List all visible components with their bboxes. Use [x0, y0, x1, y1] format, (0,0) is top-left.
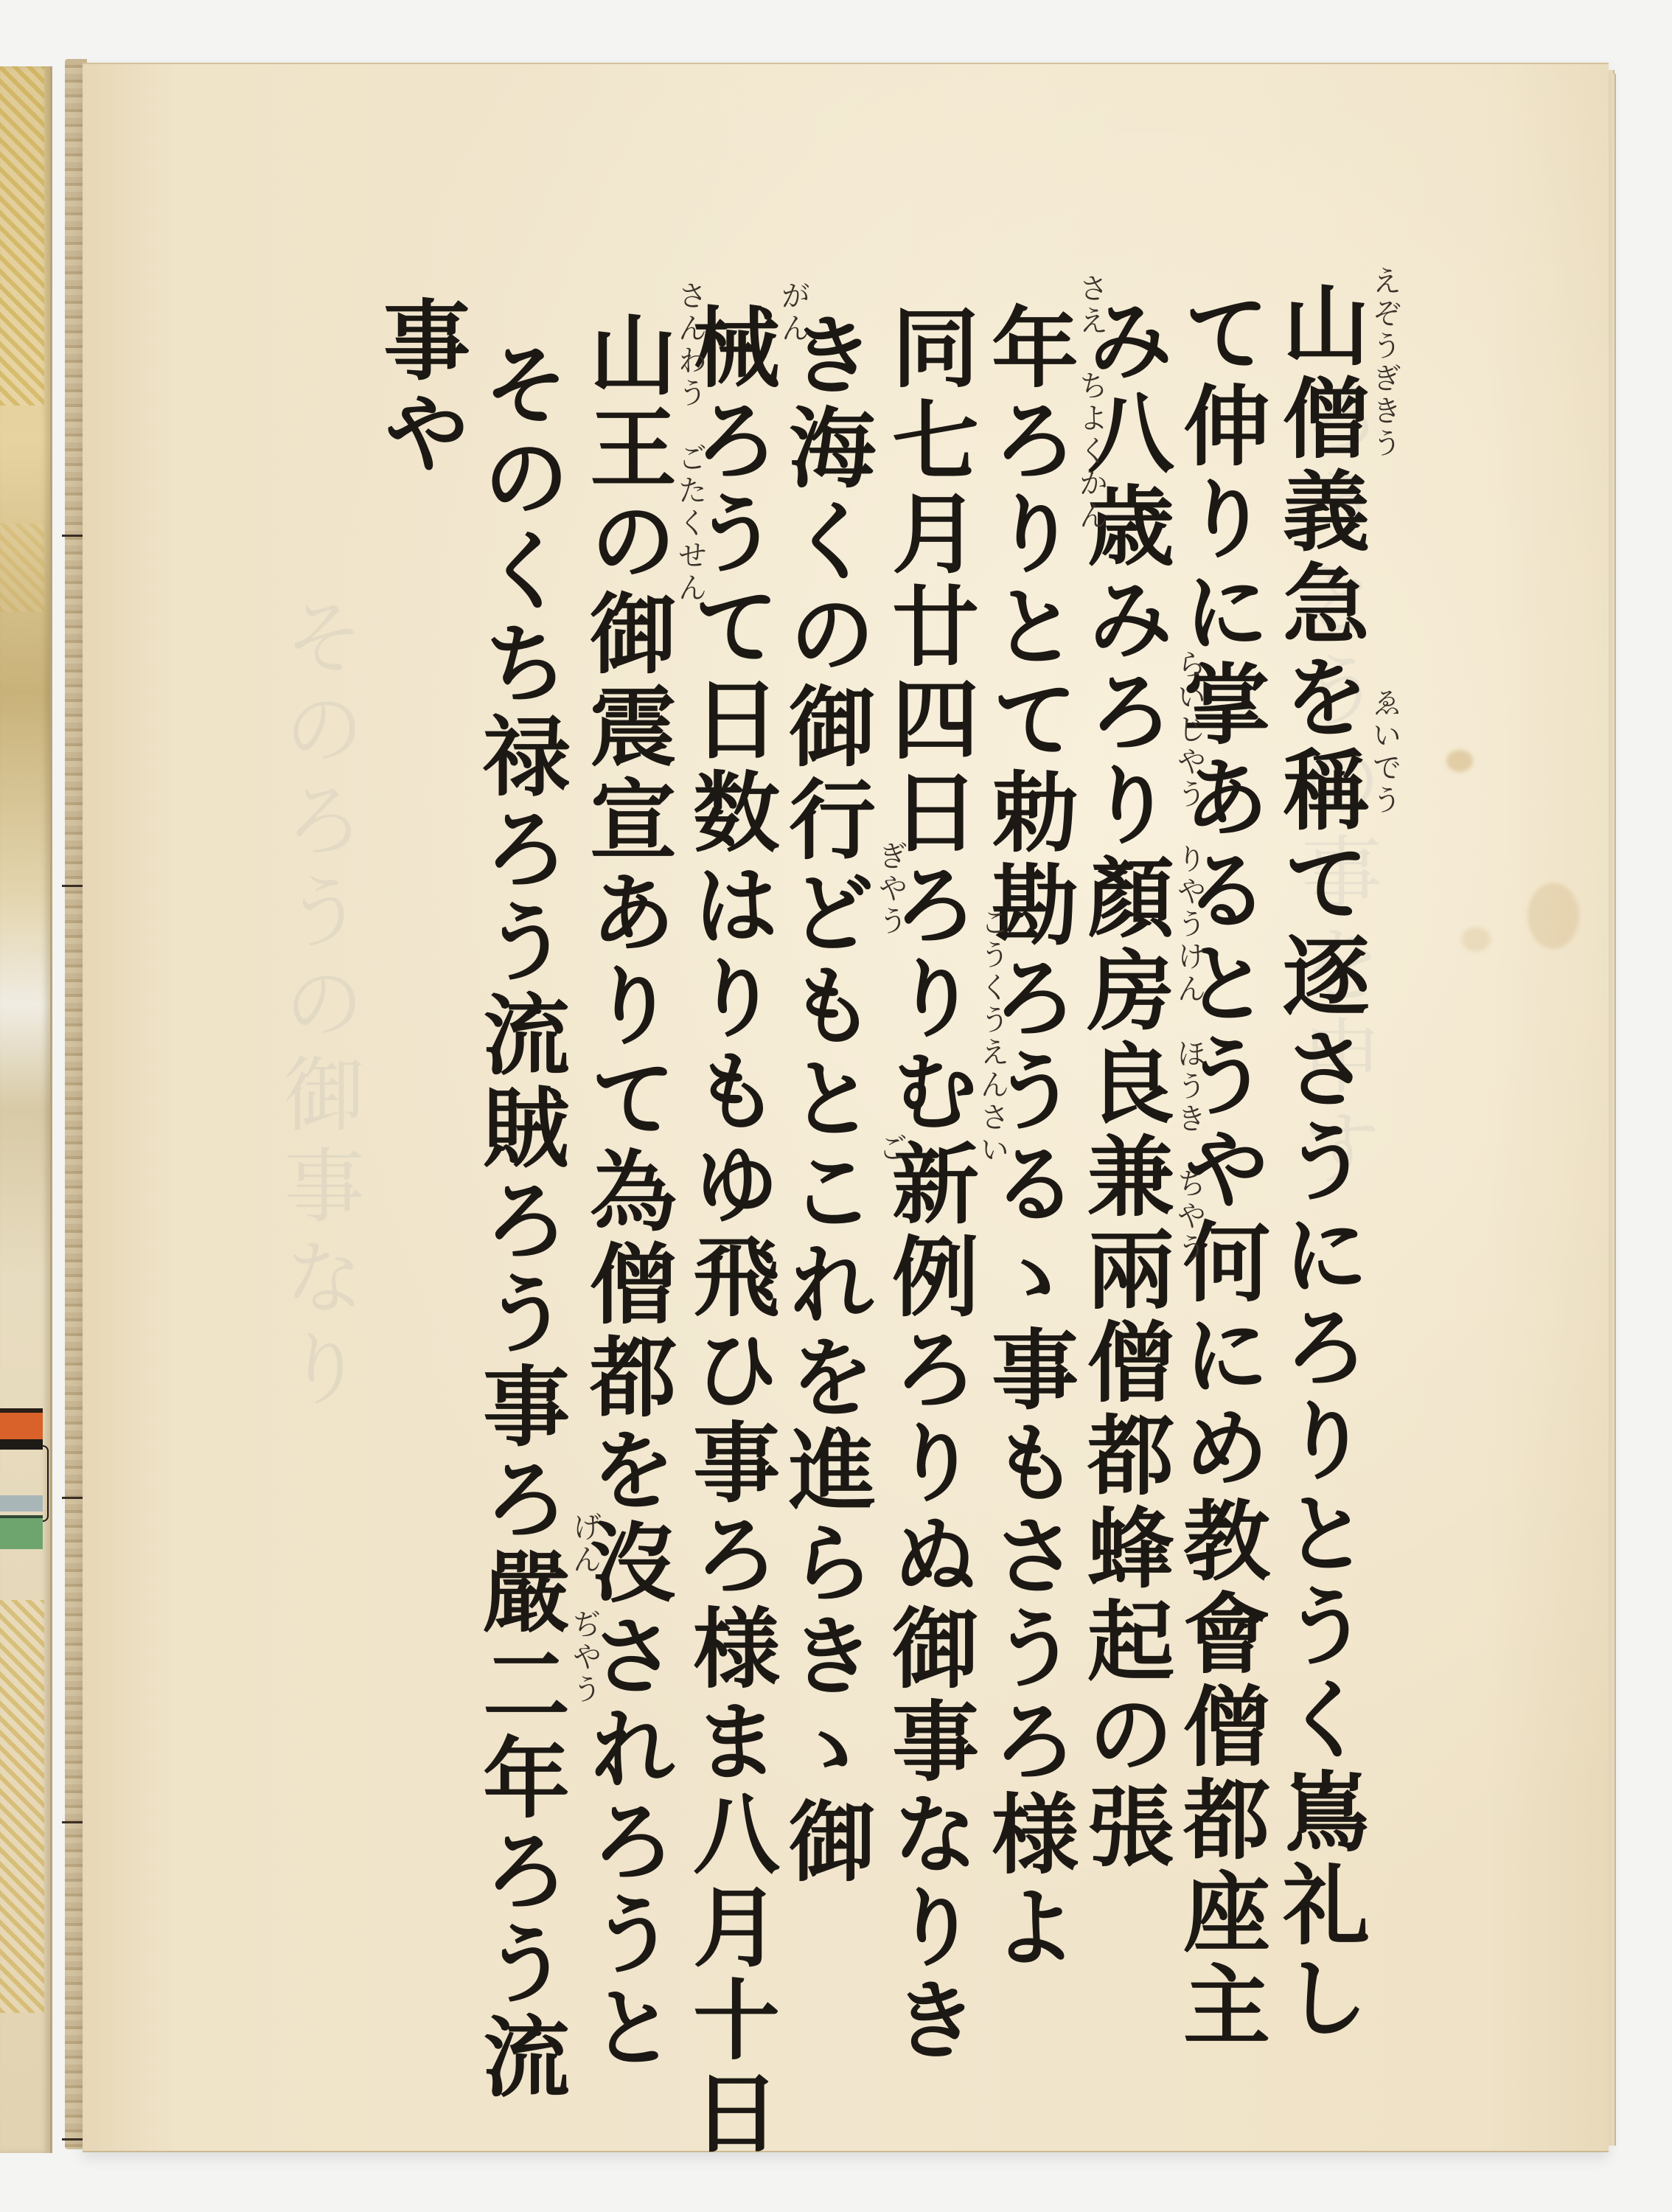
paper-stain [1528, 883, 1579, 949]
text-column-1: 山僧義急を稱て逐さうにろりとうく嶌礼し [1275, 280, 1362, 2045]
gold-leaf-pattern [0, 66, 44, 406]
calligraphy-text-block: 山僧義急を稱て逐さうにろりとうく嶌礼し えぞうぎきう ゑいでう て伸りに掌あると… [140, 265, 1290, 2035]
text-column-10: 事や [376, 295, 463, 481]
adjacent-page-edge [0, 66, 52, 2153]
furigana-column-3: らいじやう りやうけん ほうき ちやう [1168, 649, 1211, 1265]
text-column-5: 同七月廿四日ろりむ新例ろりぬ御事なりき [885, 302, 972, 2067]
gold-leaf-pattern [0, 524, 44, 612]
furigana-column-6: ぎやう ご [870, 841, 912, 1165]
furigana-column-8: さんわう ごたくせん [669, 280, 711, 605]
furigana-column-1: えぞうぎきう ゑいでう [1364, 265, 1406, 817]
text-column-8: 山王の御震宣ありて為僧都を沒されろうと [582, 310, 669, 2075]
paper-stain [1461, 927, 1491, 952]
gold-leaf-pattern [0, 1600, 44, 2013]
furigana-column-7: がん [773, 280, 815, 345]
paper-stain [1446, 750, 1473, 772]
text-column-9: そのくち禄ろう流賊ろう事ろ嚴二年ろう流 [476, 339, 562, 2104]
furigana-column-9: げん ぢやう [564, 1512, 606, 1706]
furigana-column-4: さえ ちよくかん [1070, 273, 1112, 532]
text-column-6: き海くの御行どもとこれを進らきゝ御 [781, 310, 868, 1889]
painted-figure-illustration [0, 1394, 47, 1600]
furigana-column-5: こうくうえんさい [972, 907, 1014, 1166]
